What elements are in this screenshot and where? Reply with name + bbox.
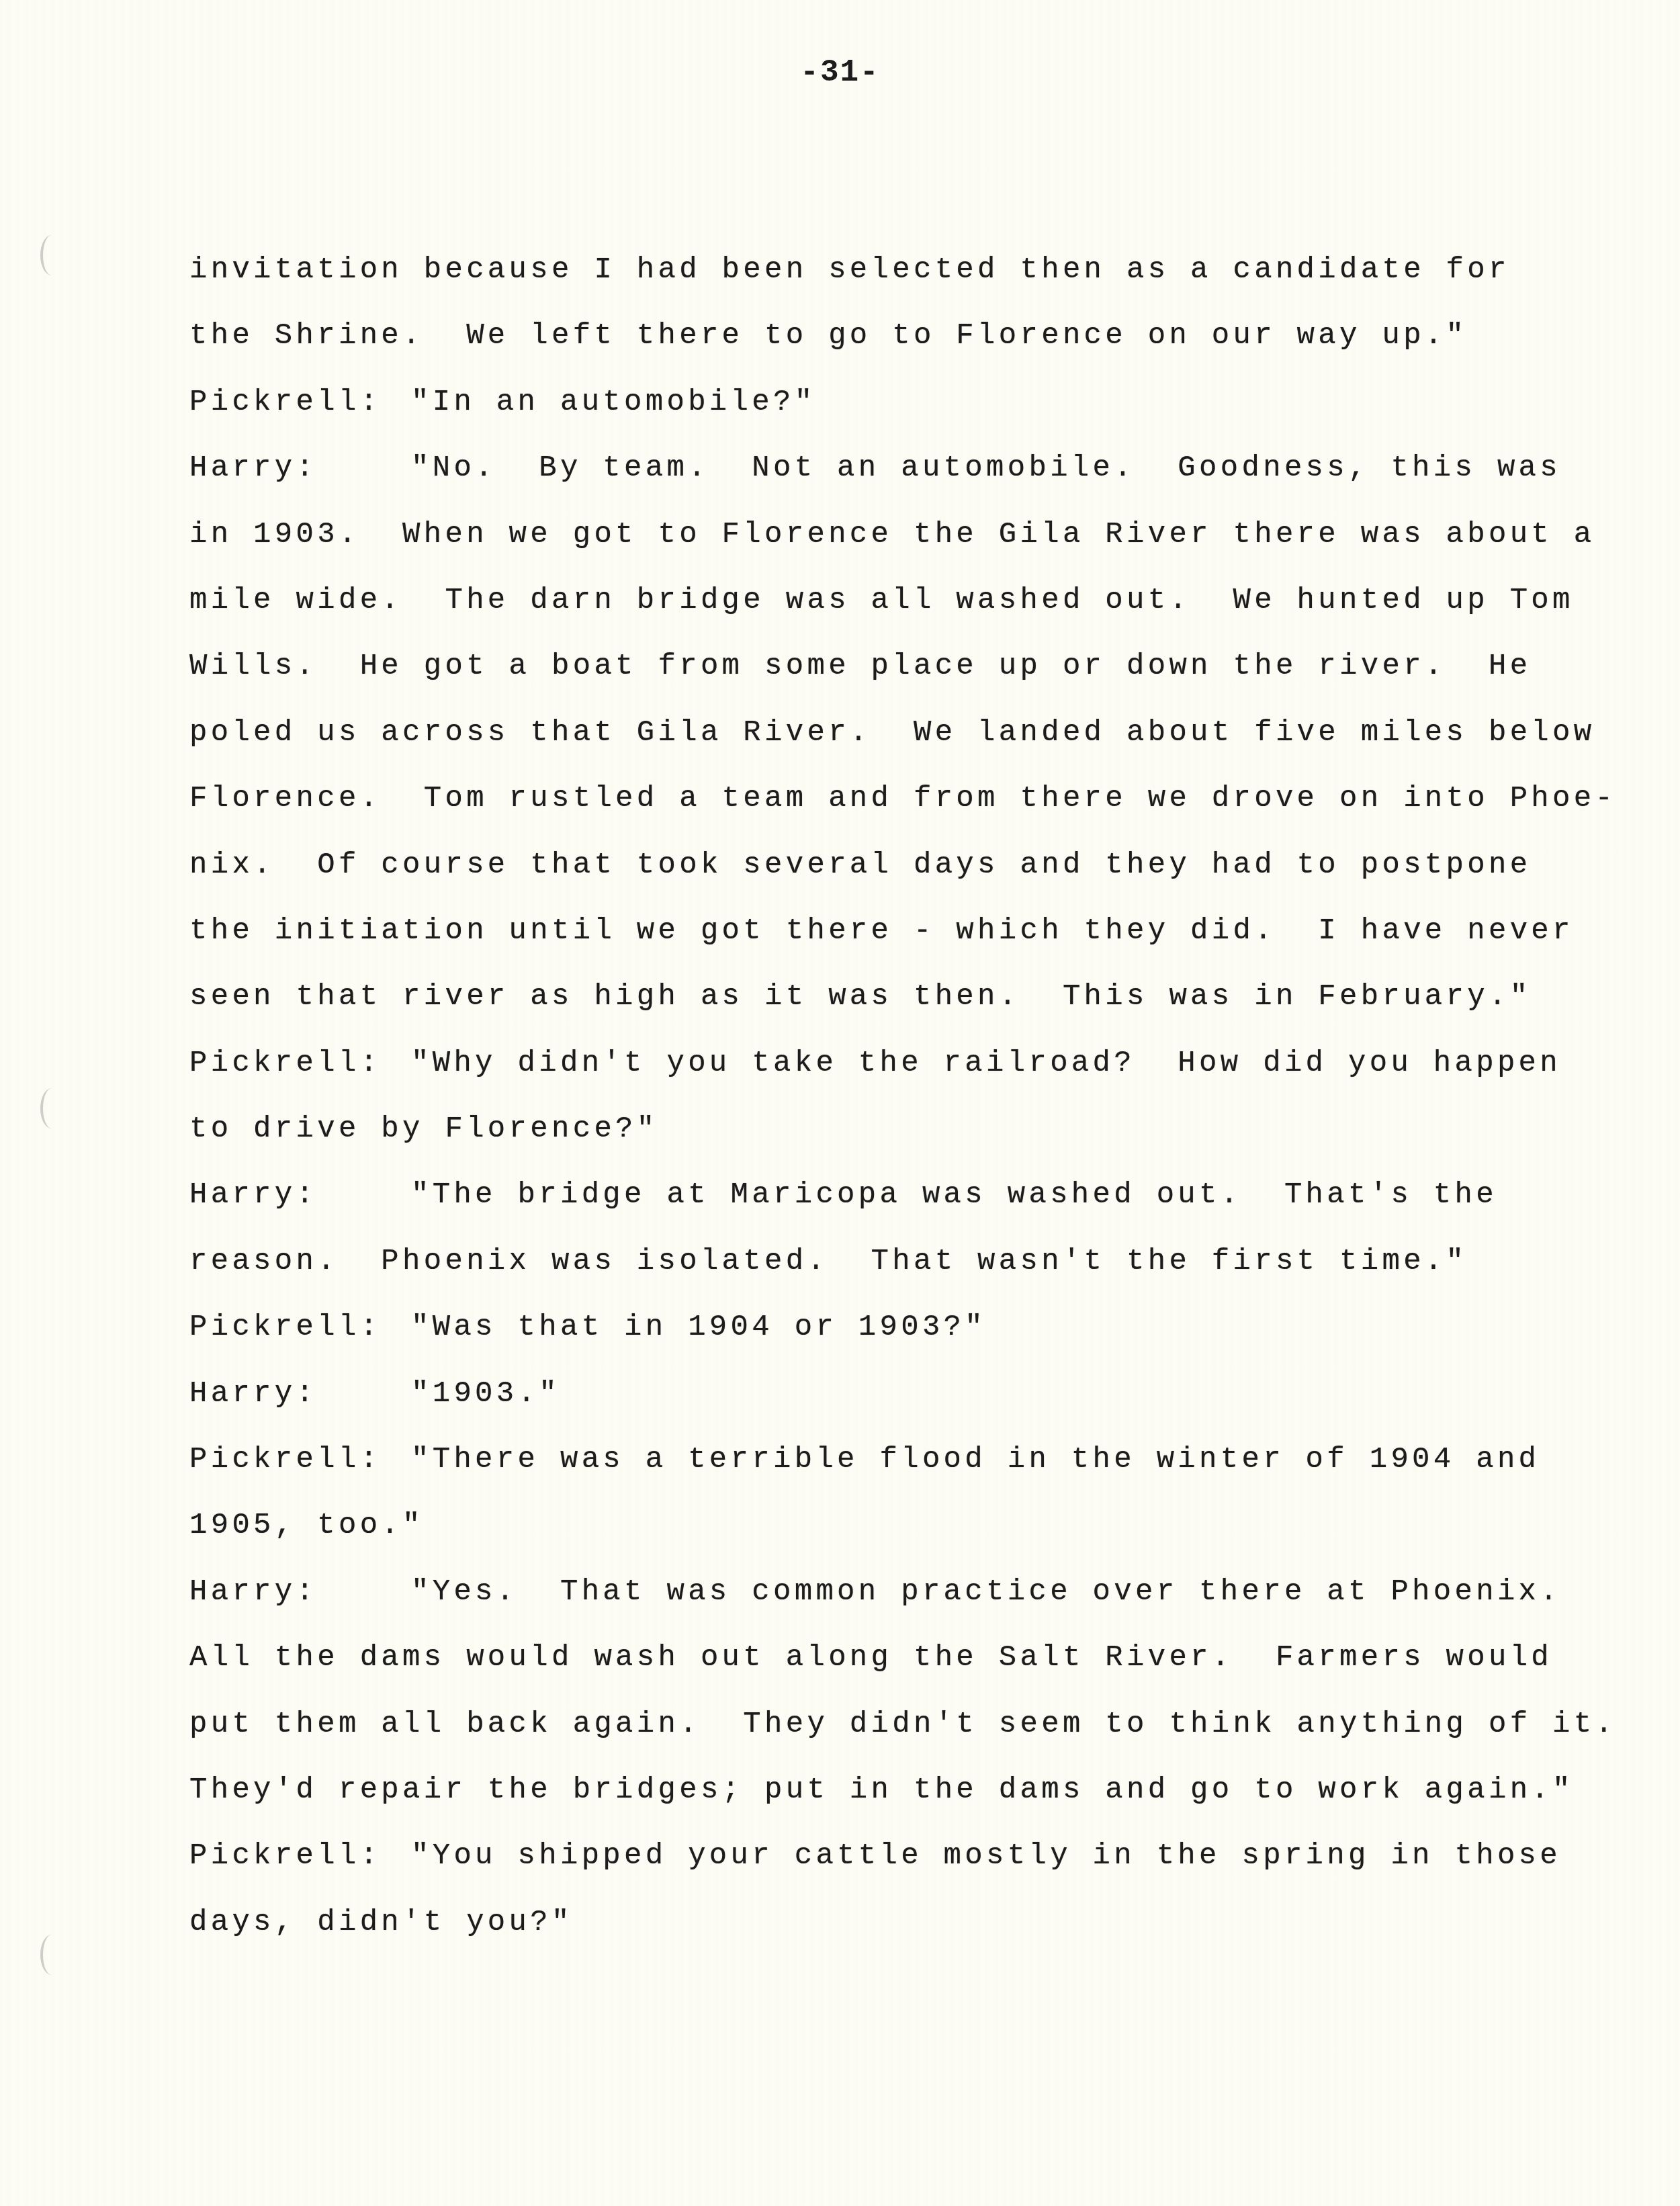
transcript-line: Pickrell:"You shipped your cattle mostly… [189, 1836, 1533, 1902]
speaker-label: Harry: [189, 1374, 411, 1414]
line-text: "Why didn't you take the railroad? How d… [411, 1047, 1561, 1080]
line-text: seen that river as high as it was then. … [189, 980, 1531, 1014]
paper-page: -31- invitation because I had been selec… [0, 0, 1680, 2206]
transcript-line: Pickrell:"There was a terrible flood in … [189, 1440, 1533, 1505]
transcript-line: Florence. Tom rustled a team and from th… [189, 779, 1533, 844]
speaker-label: Pickrell: [189, 1836, 411, 1876]
speaker-label: Harry: [189, 1572, 411, 1612]
transcript-line: mile wide. The darn bridge was all washe… [189, 580, 1533, 646]
transcript-line: the initiation until we got there - whic… [189, 911, 1533, 977]
line-text: "The bridge at Maricopa was washed out. … [411, 1178, 1497, 1212]
transcript-body: invitation because I had been selected t… [189, 250, 1533, 1968]
transcript-line: Pickrell:"Why didn't you take the railro… [189, 1043, 1533, 1109]
speaker-label: Pickrell: [189, 1043, 411, 1084]
line-text: "No. By team. Not an automobile. Goodnes… [411, 451, 1561, 485]
speaker-label: Pickrell: [189, 382, 411, 423]
line-text: Florence. Tom rustled a team and from th… [189, 782, 1616, 815]
speaker-label: Pickrell: [189, 1307, 411, 1348]
transcript-line: days, didn't you?" [189, 1902, 1533, 1968]
transcript-line: Pickrell:"Was that in 1904 or 1903?" [189, 1307, 1533, 1373]
line-text: "Yes. That was common practice over ther… [411, 1575, 1561, 1609]
transcript-line: Harry:"No. By team. Not an automobile. G… [189, 448, 1533, 514]
line-text: "Was that in 1904 or 1903?" [411, 1311, 986, 1344]
line-text: invitation because I had been selected t… [189, 253, 1510, 287]
line-text: mile wide. The darn bridge was all washe… [189, 584, 1574, 617]
line-text: days, didn't you?" [189, 1906, 573, 1939]
transcript-line: put them all back again. They didn't see… [189, 1704, 1533, 1770]
transcript-line: in 1903. When we got to Florence the Gil… [189, 515, 1533, 580]
line-text: in 1903. When we got to Florence the Gil… [189, 518, 1595, 551]
line-text: "You shipped your cattle mostly in the s… [411, 1839, 1561, 1873]
transcript-line: Pickrell:"In an automobile?" [189, 382, 1533, 448]
line-text: put them all back again. They didn't see… [189, 1708, 1616, 1741]
line-text: Wills. He got a boat from some place up … [189, 650, 1531, 683]
speaker-label: Harry: [189, 448, 411, 488]
line-text: reason. Phoenix was isolated. That wasn'… [189, 1245, 1467, 1278]
line-text: "1903." [411, 1377, 560, 1411]
transcript-line: They'd repair the bridges; put in the da… [189, 1770, 1533, 1836]
binder-hole-mark [40, 235, 63, 275]
line-text: the Shrine. We left there to go to Flore… [189, 319, 1467, 353]
line-text: "In an automobile?" [411, 386, 815, 419]
transcript-line: nix. Of course that took several days an… [189, 845, 1533, 911]
binder-hole-mark [40, 1935, 63, 1975]
transcript-line: invitation because I had been selected t… [189, 250, 1533, 316]
transcript-line: reason. Phoenix was isolated. That wasn'… [189, 1241, 1533, 1307]
transcript-line: seen that river as high as it was then. … [189, 977, 1533, 1043]
binder-hole-mark [40, 1088, 63, 1129]
transcript-line: the Shrine. We left there to go to Flore… [189, 316, 1533, 382]
transcript-line: Harry:"Yes. That was common practice ove… [189, 1572, 1533, 1638]
transcript-line: to drive by Florence?" [189, 1109, 1533, 1175]
page-number: -31- [0, 55, 1680, 90]
speaker-label: Pickrell: [189, 1440, 411, 1480]
line-text: "There was a terrible flood in the winte… [411, 1443, 1540, 1476]
line-text: All the dams would wash out along the Sa… [189, 1641, 1552, 1675]
speaker-label: Harry: [189, 1175, 411, 1215]
transcript-line: All the dams would wash out along the Sa… [189, 1638, 1533, 1704]
transcript-line: Harry:"The bridge at Maricopa was washed… [189, 1175, 1533, 1241]
transcript-line: Wills. He got a boat from some place up … [189, 646, 1533, 712]
line-text: They'd repair the bridges; put in the da… [189, 1773, 1574, 1807]
line-text: 1905, too." [189, 1509, 424, 1542]
line-text: nix. Of course that took several days an… [189, 848, 1531, 882]
transcript-line: Harry:"1903." [189, 1374, 1533, 1440]
line-text: the initiation until we got there - whic… [189, 914, 1574, 948]
transcript-line: 1905, too." [189, 1505, 1533, 1571]
line-text: poled us across that Gila River. We land… [189, 716, 1595, 750]
line-text: to drive by Florence?" [189, 1112, 658, 1146]
transcript-line: poled us across that Gila River. We land… [189, 713, 1533, 779]
